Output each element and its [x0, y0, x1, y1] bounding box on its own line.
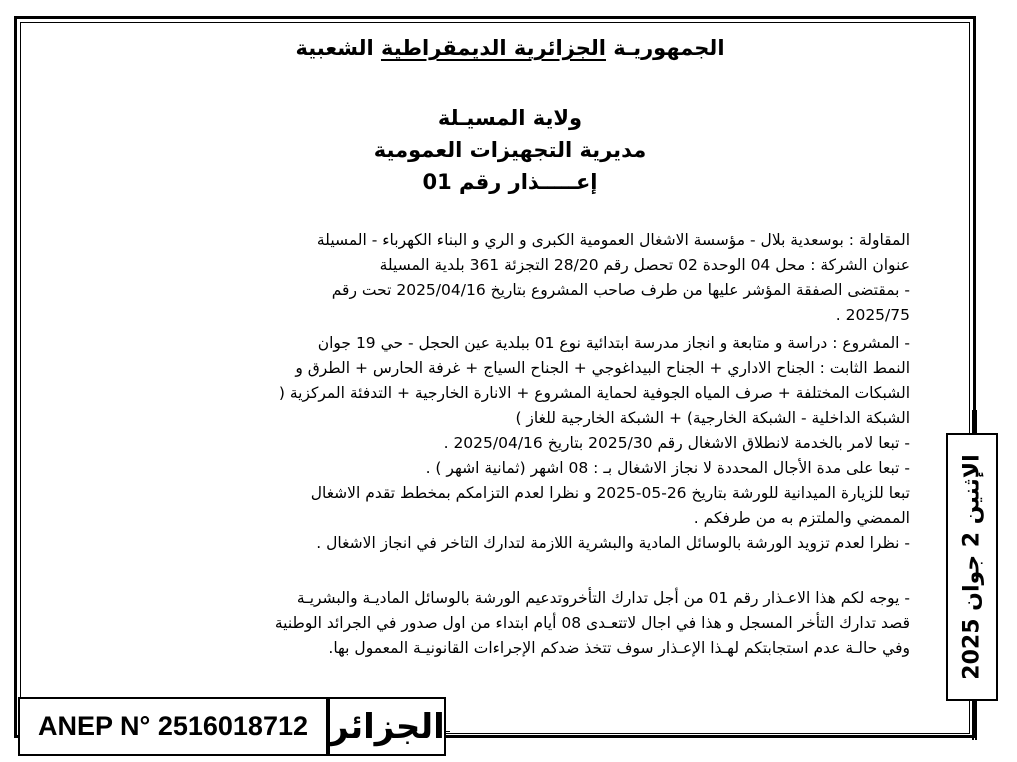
publication-date: الإثنين 2 جوان 2025	[960, 454, 985, 679]
contractor-line: المقاولة : بوسعدية بلال - مؤسسة الاشغال …	[140, 228, 910, 253]
wilaya-heading: ولاية المسيـلة	[230, 106, 790, 130]
resources-line: - نظرا لعدم تزويد الورشة بالوسائل المادي…	[140, 531, 910, 556]
company-address-line: عنوان الشركة : محل 04 الوحدة 02 تحصل رقم…	[140, 253, 910, 278]
site-visit-line-2: الممضي والملتزم به من طرفكم .	[140, 506, 910, 531]
anep-number: ANEP N° 2516018712	[38, 711, 308, 742]
republic-word-2: الجزائرية الديمقراطية	[381, 36, 606, 60]
site-visit-line: تبعا للزيارة الميدانية للورشة بتاريخ 26-…	[140, 481, 910, 506]
notice-line-3: وفي حالـة عدم استجابتكم لهـذا الإعـذار س…	[140, 636, 910, 661]
notice-line-2: قصد تدارك التأخر المسجل و هذا في اجال لا…	[140, 611, 910, 636]
project-details-block: - المشروع : دراسة و متابعة و انجاز مدرسة…	[140, 331, 910, 556]
anep-reference-box: ANEP N° 2516018712	[18, 697, 328, 756]
newspaper-logo-box: الجزائر	[328, 697, 446, 756]
logo-divider	[446, 731, 450, 737]
deadline-line: - تبعا على مدة الأجال المحددة لا نجاز ال…	[140, 456, 910, 481]
project-line-3: الشبكات المختلفة + صرف المياه الجوفية لح…	[140, 381, 910, 406]
newspaper-logo: الجزائر	[329, 707, 445, 747]
project-line-2: النمط الثابت : الجناح الاداري + الجناح ا…	[140, 356, 910, 381]
contract-number-line: 2025/75 .	[140, 303, 910, 328]
contract-reference-line: - بمقتضى الصفقة المؤشر عليها من طرف صاحب…	[140, 278, 910, 303]
direction-heading: مديرية التجهيزات العمومية	[230, 138, 790, 162]
service-order-line: - تبعا لامر بالخدمة لانطلاق الاشغال رقم …	[140, 431, 910, 456]
notice-line-1: - يوجه لكم هذا الاعـذار رقم 01 من أجل تد…	[140, 586, 910, 611]
republic-heading: الجمهوريـة الجزائرية الديمقراطية الشعبية	[230, 36, 790, 60]
republic-word-1: الجمهوريـة	[613, 36, 724, 60]
notice-body-block: - يوجه لكم هذا الاعـذار رقم 01 من أجل تد…	[140, 586, 910, 661]
notice-title: إعـــــذار رقم 01	[230, 170, 790, 194]
republic-word-3: الشعبية	[295, 36, 373, 60]
date-box-connector-bottom	[972, 700, 977, 740]
project-line-1: - المشروع : دراسة و متابعة و انجاز مدرسة…	[140, 331, 910, 356]
publication-date-box: الإثنين 2 جوان 2025	[946, 433, 998, 701]
date-box-connector-top	[972, 410, 977, 434]
contractor-info-block: المقاولة : بوسعدية بلال - مؤسسة الاشغال …	[140, 228, 910, 328]
project-line-4: الشبكة الداخلية - الشبكة الخارجية) + الش…	[140, 406, 910, 431]
